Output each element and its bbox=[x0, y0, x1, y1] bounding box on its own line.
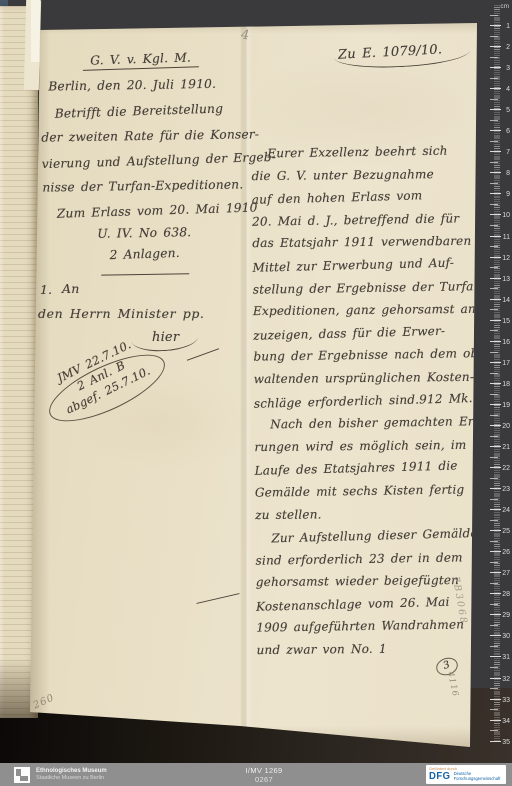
dfg-logo-row: DFG Deutsche Forschungsgemeinschaft bbox=[429, 771, 503, 782]
handwritten-line: sind erforderlich 23 der in dem bbox=[255, 550, 469, 576]
left-column: G. V. v. Kgl. M.Berlin, den 20. Juli 191… bbox=[40, 50, 247, 290]
ruler-mark: 13 bbox=[490, 258, 512, 279]
handwritten-line: Gemälde mit sechs Kisten fertig bbox=[255, 482, 469, 508]
dfg-org-line: Forschungsgemeinschaft bbox=[454, 777, 501, 782]
document-page: 4 Zu E. 1079/10. G. V. v. Kgl. M.Berlin,… bbox=[28, 20, 480, 752]
ruler-mark: 4 bbox=[490, 68, 512, 89]
dfg-funding-patch: Gefördert durch DFG Deutsche Forschungsg… bbox=[426, 765, 506, 784]
ruler-mark: 7 bbox=[490, 131, 512, 152]
ruler-mark: 1 bbox=[490, 5, 512, 26]
right-column: Eurer Exzellenz beehrt sichdie G. V. unt… bbox=[251, 144, 470, 666]
address-to-word: An bbox=[62, 281, 79, 296]
ruler-mark: 30 bbox=[490, 615, 512, 636]
archival-scan-viewport: 4 Zu E. 1079/10. G. V. v. Kgl. M.Berlin,… bbox=[0, 0, 512, 786]
pencil-folio-number: 260 bbox=[32, 684, 77, 712]
ruler-mark: 10 bbox=[490, 194, 512, 215]
ruler-mark: 25 bbox=[490, 510, 512, 531]
ruler-mark: 27 bbox=[490, 552, 512, 573]
ink-dash-mark bbox=[196, 593, 239, 604]
ruler-mark: 22 bbox=[490, 447, 512, 468]
ink-dash-mark bbox=[187, 348, 219, 361]
ruler-mark: 6 bbox=[490, 110, 512, 131]
ruler-mark: 14 bbox=[490, 279, 512, 300]
ruler-mark: 15 bbox=[490, 300, 512, 321]
ruler-mark: 24 bbox=[490, 489, 512, 510]
ruler-mark: 2 bbox=[490, 26, 512, 47]
ruler-mark: 21 bbox=[490, 426, 512, 447]
ruler-mark: 8 bbox=[490, 152, 512, 173]
ruler-mark: 12 bbox=[490, 237, 512, 258]
page-edge-tab bbox=[31, 0, 40, 62]
pencil-corner-number: 4116 bbox=[444, 671, 464, 716]
ruler-mark: 16 bbox=[490, 321, 512, 342]
ruler-mark: 17 bbox=[490, 342, 512, 363]
dfg-organisation: Deutsche Forschungsgemeinschaft bbox=[454, 772, 501, 782]
ruler-mark: 35 bbox=[490, 721, 512, 742]
dfg-logo: DFG bbox=[429, 771, 451, 783]
handwritten-line: stellung der Ergebnisse der Turfan- bbox=[253, 279, 467, 305]
ruler-mark: 34 bbox=[490, 700, 512, 721]
ruler-mark: 11 bbox=[490, 215, 512, 236]
ruler-mark: 26 bbox=[490, 531, 512, 552]
ruler-mark: 29 bbox=[490, 594, 512, 615]
handwritten-line: waltenden ursprünglichen Kosten- bbox=[254, 370, 468, 395]
handwritten-line: 20. Mai d. J., betreffend die für bbox=[252, 211, 466, 237]
ruler: 1234567891011121314151617181920212223242… bbox=[490, 5, 512, 742]
ruler-mark: 19 bbox=[490, 384, 512, 405]
ruler-mark: 31 bbox=[490, 636, 512, 657]
address-item-number: 1. bbox=[40, 282, 52, 297]
ruler-mark: 33 bbox=[490, 679, 512, 700]
ruler-mark: 5 bbox=[490, 89, 512, 110]
handwritten-line: 1909 aufgeführten Wandrahmen bbox=[256, 618, 470, 644]
handwritten-line: Nach den bisher gemachten Erfah- bbox=[254, 414, 468, 440]
ruler-mark: 32 bbox=[490, 657, 512, 678]
footer-bar: Ethnologisches Museum Staatliche Museen … bbox=[0, 763, 512, 786]
handwritten-line: Eurer Exzellenz beehrt sich bbox=[251, 143, 465, 169]
handwritten-line: bung der Ergebnisse nach dem ob- bbox=[253, 347, 467, 373]
ruler-mark: 9 bbox=[490, 173, 512, 194]
ruler-mark: 18 bbox=[490, 363, 512, 384]
ruler-mark: 3 bbox=[490, 47, 512, 68]
ruler-mark: 28 bbox=[490, 573, 512, 594]
ruler-mark: 20 bbox=[490, 405, 512, 426]
address-recipient: den Herrn Minister pp. bbox=[38, 306, 205, 321]
pencil-page-number: 4 bbox=[240, 28, 250, 44]
ruler-mark: 23 bbox=[490, 468, 512, 489]
